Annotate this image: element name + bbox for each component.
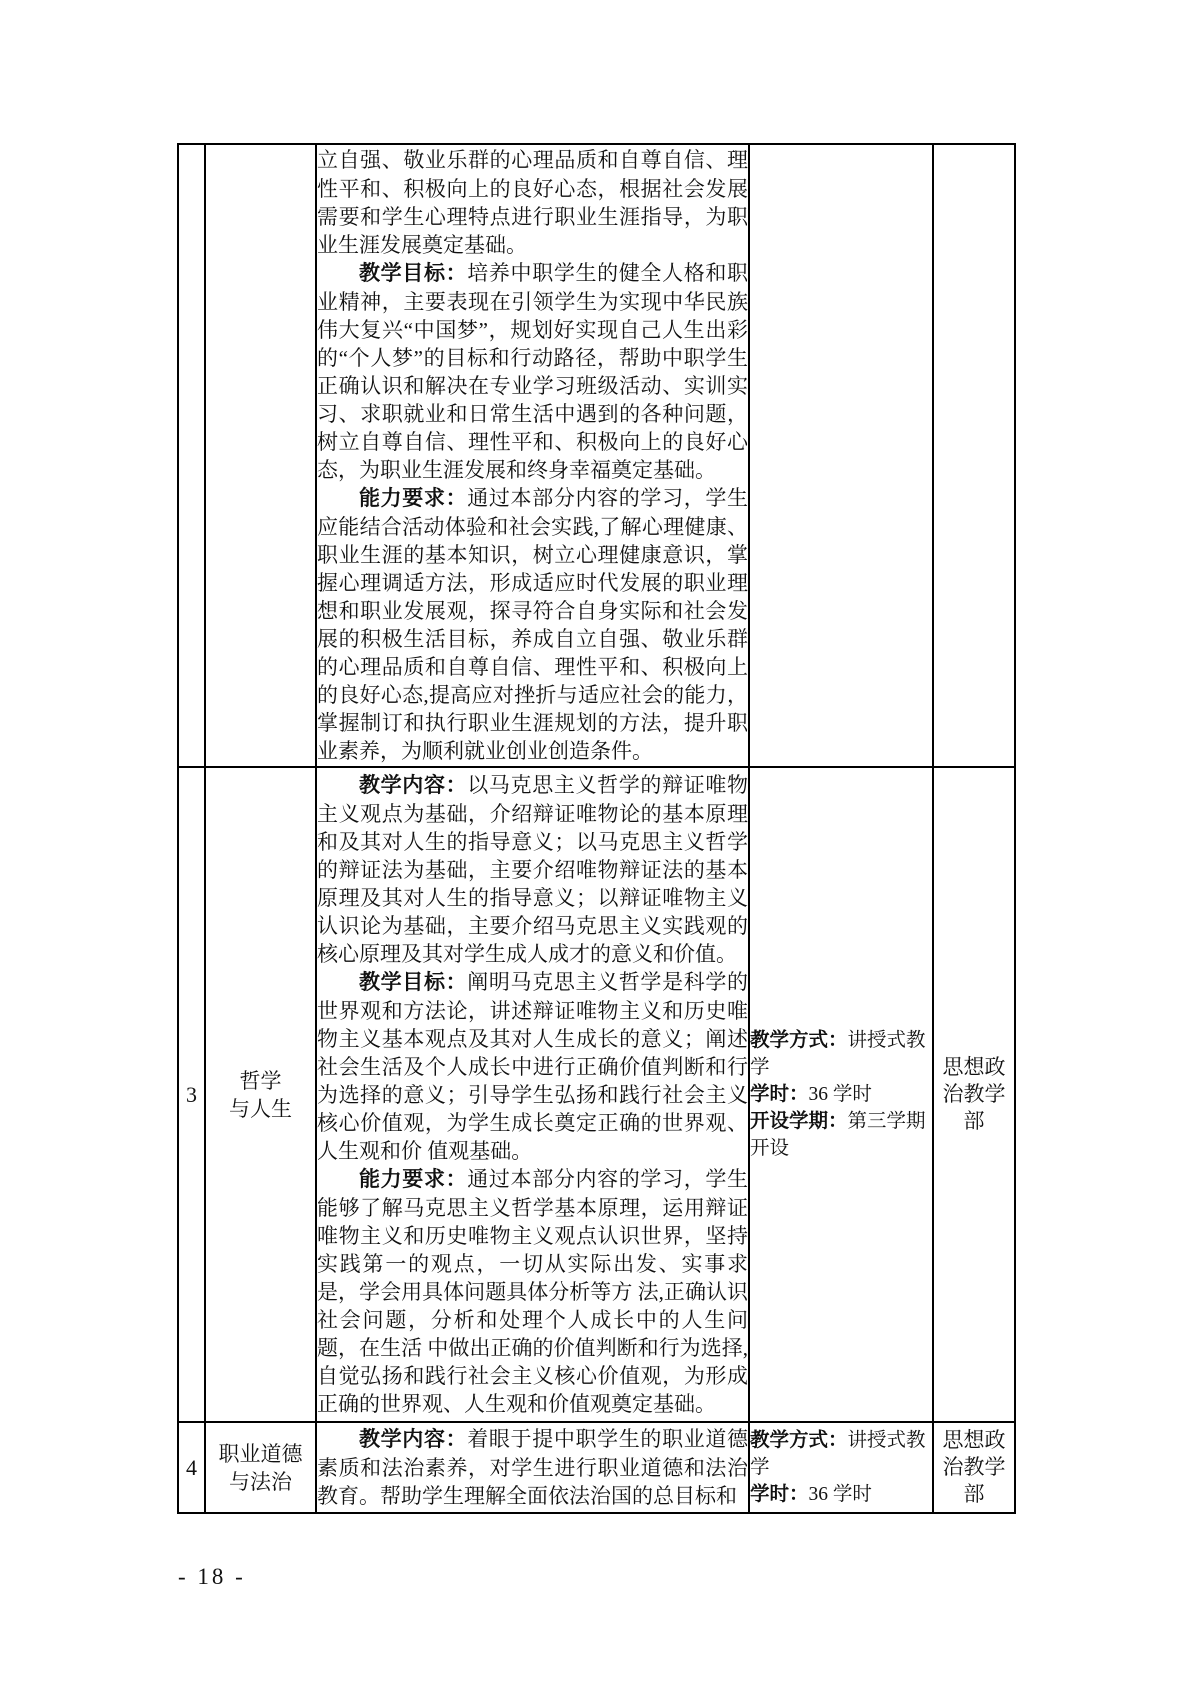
course-name-line: 职业道德	[206, 1440, 315, 1468]
method-item: 开设学期：第三学期开设	[750, 1108, 932, 1162]
row-number-cell: 3	[178, 767, 205, 1422]
method-cell: 教学方式：讲授式教学 学时：36 学时	[749, 1422, 933, 1513]
department-cell: 思想政治教学部	[933, 767, 1015, 1422]
method-label: 学时：	[750, 1083, 809, 1105]
table-row-3: 3 哲学 与人生 教学内容：以马克思主义哲学的辩证唯物主义观点为基础，介绍辩证唯…	[178, 767, 1015, 1422]
paragraph: 教学目标：培养中职学生的健全人格和职业精神，主要表现在引领学生为实现中华民族伟大…	[317, 259, 748, 484]
paragraph-label: 教学内容：	[359, 1428, 467, 1451]
course-table: 立自强、敬业乐群的心理品质和自尊自信、理性平和、积极向上的良好心态，根据社会发展…	[177, 143, 1016, 1514]
paragraph: 能力要求：通过本部分内容的学习，学生能够了解马克思主义哲学基本原理，运用辩证唯物…	[317, 1165, 748, 1418]
course-name-cell: 哲学 与人生	[205, 767, 316, 1422]
document-page: 立自强、敬业乐群的心理品质和自尊自信、理性平和、积极向上的良好心态，根据社会发展…	[0, 0, 1191, 1684]
row-number-cell: 4	[178, 1422, 205, 1513]
course-table-wrapper: 立自强、敬业乐群的心理品质和自尊自信、理性平和、积极向上的良好心态，根据社会发展…	[177, 143, 1016, 1514]
paragraph: 教学目标：阐明马克思主义哲学是科学的世界观和方法论，讲述辩证唯物主义和历史唯物主…	[317, 968, 748, 1165]
course-name-line: 与法治	[206, 1468, 315, 1496]
department-cell: 思想政治教学部	[933, 1422, 1015, 1513]
method-label: 开设学期：	[750, 1110, 848, 1132]
method-item: 教学方式：讲授式教学	[750, 1027, 932, 1081]
course-name-line: 与人生	[206, 1095, 315, 1123]
method-label: 教学方式：	[750, 1429, 848, 1451]
method-value: 36 学时	[809, 1484, 872, 1505]
paragraph-text: 立自强、敬业乐群的心理品质和自尊自信、理性平和、积极向上的良好心态，根据社会发展…	[317, 148, 748, 257]
content-cell: 教学内容：着眼于提中职学生的职业道德素质和法治素养，对学生进行职业道德和法治教育…	[316, 1422, 749, 1513]
paragraph-text: 以马克思主义哲学的辩证唯物主义观点为基础，介绍辩证唯物论的基本原理和及其对人生的…	[317, 773, 748, 966]
row-number-cell	[178, 144, 205, 767]
method-item: 学时：36 学时	[750, 1481, 932, 1508]
paragraph-text: 通过本部分内容的学习，学生能够了解马克思主义哲学基本原理，运用辩证唯物主义和历史…	[317, 1167, 748, 1416]
department-text: 思想政治教学部	[943, 1055, 1006, 1133]
content-cell: 教学内容：以马克思主义哲学的辩证唯物主义观点为基础，介绍辩证唯物论的基本原理和及…	[316, 767, 749, 1422]
course-name-line: 哲学	[206, 1067, 315, 1095]
course-name-cell	[205, 144, 316, 767]
method-cell: 教学方式：讲授式教学 学时：36 学时 开设学期：第三学期开设	[749, 767, 933, 1422]
content-cell: 立自强、敬业乐群的心理品质和自尊自信、理性平和、积极向上的良好心态，根据社会发展…	[316, 144, 749, 767]
paragraph: 立自强、敬业乐群的心理品质和自尊自信、理性平和、积极向上的良好心态，根据社会发展…	[317, 146, 748, 259]
paragraph-text: 培养中职学生的健全人格和职业精神，主要表现在引领学生为实现中华民族伟大复兴“中国…	[317, 261, 748, 482]
department-cell	[933, 144, 1015, 767]
paragraph: 能力要求：通过本部分内容的学习，学生应能结合活动体验和社会实践,了解心理健康、职…	[317, 484, 748, 765]
table-row-continuation: 立自强、敬业乐群的心理品质和自尊自信、理性平和、积极向上的良好心态，根据社会发展…	[178, 144, 1015, 767]
table-row-4: 4 职业道德 与法治 教学内容：着眼于提中职学生的职业道德素质和法治素养，对学生…	[178, 1422, 1015, 1513]
method-label: 教学方式：	[750, 1029, 848, 1051]
department-text: 思想政治教学部	[943, 1428, 1006, 1506]
method-item: 教学方式：讲授式教学	[750, 1427, 932, 1481]
paragraph-label: 能力要求：	[359, 1168, 467, 1191]
page-number: - 18 -	[178, 1564, 246, 1590]
paragraph: 教学内容：着眼于提中职学生的职业道德素质和法治素养，对学生进行职业道德和法治教育…	[317, 1425, 748, 1510]
method-label: 学时：	[750, 1483, 809, 1505]
method-item: 学时：36 学时	[750, 1081, 932, 1108]
method-cell	[749, 144, 933, 767]
method-value: 36 学时	[809, 1084, 872, 1105]
course-name-cell: 职业道德 与法治	[205, 1422, 316, 1513]
paragraph: 教学内容：以马克思主义哲学的辩证唯物主义观点为基础，介绍辩证唯物论的基本原理和及…	[317, 771, 748, 968]
paragraph-text: 阐明马克思主义哲学是科学的世界观和方法论，讲述辩证唯物主义和历史唯物主义基本观点…	[317, 970, 748, 1163]
paragraph-label: 教学目标：	[359, 262, 467, 285]
paragraph-text: 通过本部分内容的学习，学生应能结合活动体验和社会实践,了解心理健康、职业生涯的基…	[317, 486, 748, 763]
paragraph-label: 教学内容：	[359, 774, 467, 797]
paragraph-label: 能力要求：	[359, 487, 467, 510]
paragraph-label: 教学目标：	[359, 971, 467, 994]
